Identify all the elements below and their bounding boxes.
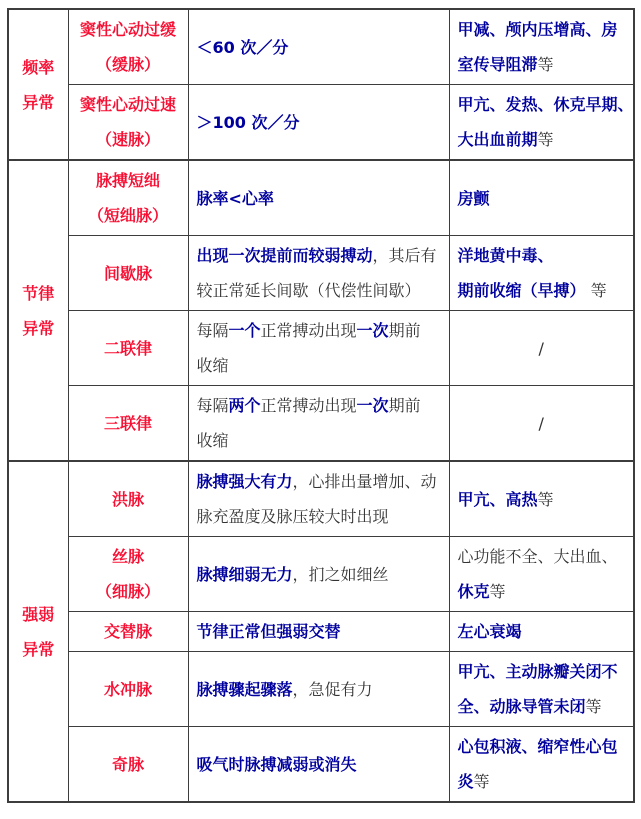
category-cell: 节律 异常 [8,160,68,461]
text-run: 休克 [458,582,490,601]
text-run: 等 [538,130,554,149]
description-cell: 每隔一个正常搏动出现一次期前 收缩 [188,311,449,386]
table-row: 间歇脉出现一次提前而较弱搏动，其后有 较正常延长间歇（代偿性间歇）洋地黄中毒、 … [8,236,634,311]
text-run: 脉搏细弱无力 [197,565,293,584]
table-row: 三联律每隔两个正常搏动出现一次期前 收缩/ [8,386,634,462]
text-run: 节律正常但强弱交替 [197,622,341,641]
text-run: ，急促有力 [293,680,373,699]
pulse-name-cell: 脉搏短绌 （短绌脉） [68,160,188,236]
pulse-name-cell: 间歇脉 [68,236,188,311]
causes-cell: 甲亢、主动脉瓣关闭不 全、动脉导管未闭等 [449,652,634,727]
description-cell: ＜60 次／分 [188,9,449,85]
description-cell: 脉率<心率 [188,160,449,236]
text-run: ＞100 次／分 [197,113,300,132]
description-cell: 脉搏骤起骤落，急促有力 [188,652,449,727]
category-cell: 频率 异常 [8,9,68,160]
text-run: 脉率<心率 [197,189,274,208]
text-run: 一次 [357,396,389,415]
text-run: 房颤 [458,189,490,208]
text-run: 等 [490,582,506,601]
causes-cell: / [449,311,634,386]
category-cell: 强弱 异常 [8,461,68,802]
table-row: 强弱 异常洪脉脉搏强大有力，心排出量增加、动 脉充盈度及脉压较大时出现甲亢、高热… [8,461,634,537]
description-cell: ＞100 次／分 [188,85,449,161]
text-run: 脉搏强大有力 [197,472,293,491]
text-run: 两个 [229,396,261,415]
description-cell: 节律正常但强弱交替 [188,612,449,652]
text-run: 正常搏动出现 [261,396,357,415]
pulse-table-body: 频率 异常窦性心动过缓 （缓脉）＜60 次／分甲减、颅内压增高、房 室传导阻滞等… [8,9,634,802]
table-row: 节律 异常脉搏短绌 （短绌脉）脉率<心率房颤 [8,160,634,236]
table-row: 交替脉节律正常但强弱交替左心衰竭 [8,612,634,652]
table-row: 窦性心动过速 （速脉）＞100 次／分甲亢、发热、休克早期、 大出血前期等 [8,85,634,161]
table-row: 二联律每隔一个正常搏动出现一次期前 收缩/ [8,311,634,386]
pulse-abnormality-table: 频率 异常窦性心动过缓 （缓脉）＜60 次／分甲减、颅内压增高、房 室传导阻滞等… [7,8,635,803]
text-run: 甲亢、高热 [458,490,538,509]
pulse-name-cell: 洪脉 [68,461,188,537]
pulse-name-cell: 奇脉 [68,727,188,803]
text-run: 一次 [357,321,389,340]
text-run: 每隔 [197,396,229,415]
causes-cell: 左心衰竭 [449,612,634,652]
text-run: 出现一次提前而较弱搏动 [197,246,373,265]
description-cell: 脉搏细弱无力，扪之如细丝 [188,537,449,612]
pulse-name-cell: 交替脉 [68,612,188,652]
text-run: ，扪之如细丝 [293,565,389,584]
text-run: / [539,339,544,358]
table-row: 丝脉 （细脉）脉搏细弱无力，扪之如细丝心功能不全、大出血、 休克等 [8,537,634,612]
text-run: 一个 [229,321,261,340]
description-cell: 吸气时脉搏减弱或消失 [188,727,449,803]
text-run: 等 [586,281,607,300]
text-run: ＜60 次／分 [197,38,289,57]
description-cell: 每隔两个正常搏动出现一次期前 收缩 [188,386,449,462]
causes-cell: 房颤 [449,160,634,236]
causes-cell: 洋地黄中毒、 期前收缩（早搏） 等 [449,236,634,311]
text-run: 正常搏动出现 [261,321,357,340]
causes-cell: 甲亢、发热、休克早期、 大出血前期等 [449,85,634,161]
text-run: 每隔 [197,321,229,340]
text-run: 等 [474,772,490,791]
text-run: 脉搏骤起骤落 [197,680,293,699]
causes-cell: 心包积液、缩窄性心包 炎等 [449,727,634,803]
text-run: 洋地黄中毒、 期前收缩（早搏） [458,246,586,300]
pulse-name-cell: 二联律 [68,311,188,386]
text-run: 等 [586,697,602,716]
text-run: / [539,414,544,433]
causes-cell: 甲亢、高热等 [449,461,634,537]
description-cell: 脉搏强大有力，心排出量增加、动 脉充盈度及脉压较大时出现 [188,461,449,537]
pulse-name-cell: 窦性心动过速 （速脉） [68,85,188,161]
table-row: 频率 异常窦性心动过缓 （缓脉）＜60 次／分甲减、颅内压增高、房 室传导阻滞等 [8,9,634,85]
causes-cell: 甲减、颅内压增高、房 室传导阻滞等 [449,9,634,85]
pulse-name-cell: 三联律 [68,386,188,462]
text-run: 等 [538,55,554,74]
pulse-name-cell: 窦性心动过缓 （缓脉） [68,9,188,85]
text-run: 心功能不全、大出血、 [458,547,618,566]
table-row: 水冲脉脉搏骤起骤落，急促有力甲亢、主动脉瓣关闭不 全、动脉导管未闭等 [8,652,634,727]
text-run: 等 [538,490,554,509]
pulse-name-cell: 丝脉 （细脉） [68,537,188,612]
pulse-name-cell: 水冲脉 [68,652,188,727]
causes-cell: / [449,386,634,462]
text-run: 吸气时脉搏减弱或消失 [197,755,357,774]
table-row: 奇脉吸气时脉搏减弱或消失心包积液、缩窄性心包 炎等 [8,727,634,803]
description-cell: 出现一次提前而较弱搏动，其后有 较正常延长间歇（代偿性间歇） [188,236,449,311]
text-run: 左心衰竭 [458,622,522,641]
causes-cell: 心功能不全、大出血、 休克等 [449,537,634,612]
